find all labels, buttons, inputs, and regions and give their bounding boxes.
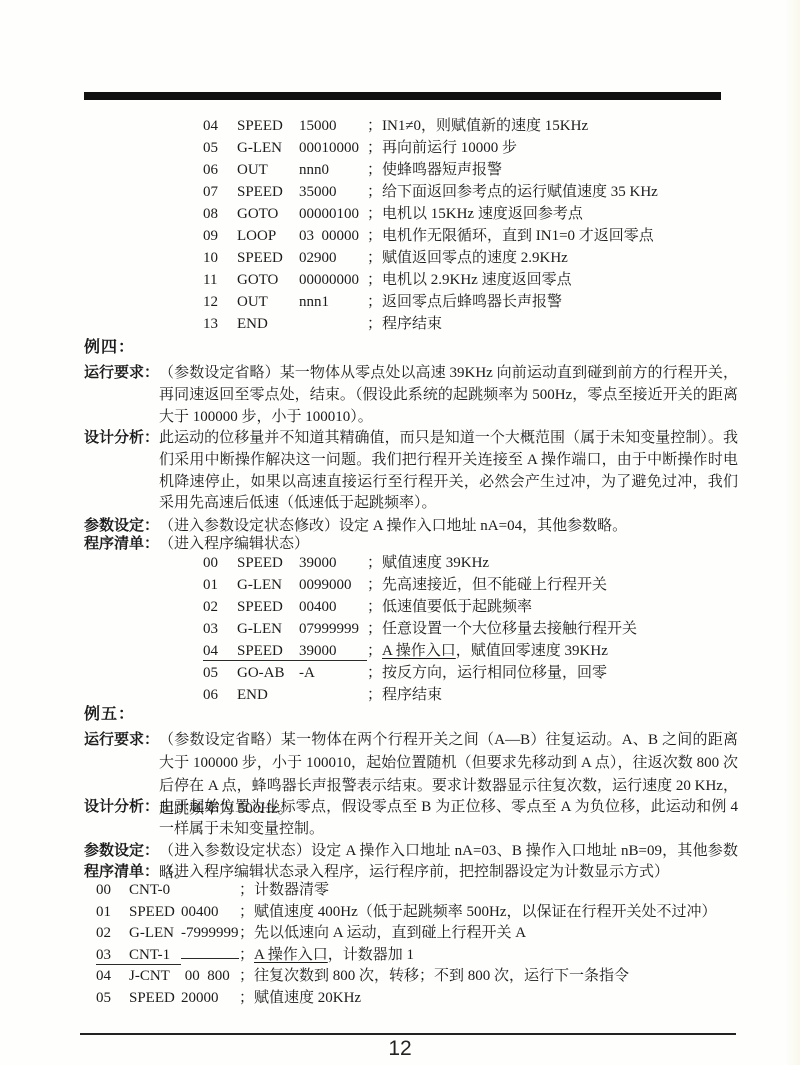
scanned-manual-page: 04SPEED15000；IN1≠0，则赋值新的速度 15KHz05G-LEN0… (0, 0, 800, 1065)
line-number: 01 (96, 904, 129, 921)
comment: ；任意设置一个大位移量去接触行程开关 (367, 617, 637, 638)
program-line-04: 04SPEED39000；A 操作入口，赋值回零速度 39KHz (203, 639, 637, 661)
operand: nnn0 (299, 162, 367, 179)
ex5-design-analysis-text: 由于起始位置为坐标零点，假设零点至 B 为正位移、零点至 A 为负位移，此运动和… (159, 796, 738, 840)
comment: ；电机以 15KHz 速度返回参考点 (367, 202, 583, 223)
line-number: 02 (203, 599, 237, 616)
operand: 00400 (181, 904, 239, 921)
opcode: END (237, 316, 299, 333)
opcode: G-LEN (237, 621, 299, 638)
program-line-01: 01G-LEN0099000；先高速接近，但不能碰上行程开关 (203, 573, 637, 595)
operand: -7999999 (181, 925, 239, 942)
program-line-05: 05G-LEN00010000；再向前运行 10000 步 (203, 136, 658, 158)
operand: 00000100 (299, 206, 367, 223)
opcode: G-LEN (237, 140, 299, 157)
program-line-07: 07SPEED35000；给下面返回参考点的运行赋值速度 35 KHz (203, 180, 658, 202)
line-number: 08 (203, 206, 237, 223)
comment: ；给下面返回参考点的运行赋值速度 35 KHz (367, 180, 658, 201)
program-line-05: 05GO-AB-A；按反方向，运行相同位移量，回零 (203, 661, 637, 683)
operand: 07999999 (299, 621, 367, 638)
ex4-run-requirements: 运行要求： （参数设定省略）某一物体从零点处以高速 39KHz 向前运动直到碰到… (84, 362, 738, 428)
underlined-comment-part: A 操作入口 (382, 643, 456, 659)
operand: 15000 (299, 118, 367, 135)
opcode: J-CNT (129, 968, 181, 985)
comment: ；赋值速度 20KHz (239, 986, 361, 1007)
comment: ；返回零点后蜂鸣器长声报警 (367, 290, 562, 311)
opcode: OUT (237, 162, 299, 179)
program-line-03: 03G-LEN07999999；任意设置一个大位移量去接触行程开关 (203, 617, 637, 639)
program-line-09: 09LOOP03 00000；电机作无限循环，直到 IN1=0 才返回零点 (203, 224, 658, 246)
operand: -A (299, 665, 367, 682)
line-number: 04 (96, 968, 129, 985)
comment: ；使蜂鸣器短声报警 (367, 158, 502, 179)
scan-edge-tint (784, 0, 800, 1065)
program-line-13: 13END；程序结束 (203, 312, 658, 334)
line-number: 13 (203, 316, 237, 333)
opcode: SPEED (237, 643, 299, 661)
program-line-01: 01SPEED00400；赋值速度 400Hz（低于起跳频率 500Hz，以保证… (96, 900, 716, 922)
ex5-design-analysis-label: 设计分析： (84, 796, 159, 818)
line-number: 06 (203, 687, 237, 704)
program-line-04: 04SPEED15000；IN1≠0，则赋值新的速度 15KHz (203, 114, 658, 136)
opcode: GOTO (237, 206, 299, 223)
opcode: G-LEN (237, 577, 299, 594)
comment: ；电机以 2.9KHz 速度返回零点 (367, 268, 572, 289)
program-line-00: 00SPEED39000；赋值速度 39KHz (203, 551, 637, 573)
operand: 02900 (299, 250, 367, 267)
program-line-02: 02SPEED00400；低速值要低于起跳频率 (203, 595, 637, 617)
comment: ；A 操作入口，赋值回零速度 39KHz (367, 639, 608, 660)
line-number: 05 (203, 665, 237, 682)
page-number: 12 (0, 1037, 800, 1061)
example5-heading: 例五： (84, 701, 135, 724)
line-number: 01 (203, 577, 237, 594)
opcode: OUT (237, 294, 299, 311)
opcode: SPEED (237, 555, 299, 572)
opcode: G-LEN (129, 925, 181, 942)
underlined-comment-part: A 操作入口 (254, 947, 328, 963)
ex5-run-requirements-label: 运行要求： (84, 729, 159, 752)
program-line-03: 03CNT-1；A 操作入口，计数器加 1 (96, 943, 716, 965)
operand: 00 800 (181, 968, 239, 985)
comment: ；先以低速向 A 运动，直到碰上行程开关 A (239, 921, 526, 942)
ex4-run-requirements-label: 运行要求： (84, 362, 159, 384)
ex4-run-requirements-text: （参数设定省略）某一物体从零点处以高速 39KHz 向前运动直到碰到前方的行程开… (159, 362, 738, 428)
program-line-06: 06OUTnnn0；使蜂鸣器短声报警 (203, 158, 658, 180)
operand: 00000000 (299, 272, 367, 289)
operand: 00010000 (299, 140, 367, 157)
comment: ；程序结束 (367, 312, 442, 333)
comment: ；IN1≠0，则赋值新的速度 15KHz (367, 114, 588, 135)
line-number: 02 (96, 925, 129, 942)
opcode: SPEED (129, 990, 181, 1007)
line-number: 03 (203, 621, 237, 638)
operand: 00400 (299, 599, 367, 616)
line-number: 06 (203, 162, 237, 179)
bottom-rule (80, 1033, 736, 1035)
ex4-program-list-label-text: 程序清单： (84, 533, 159, 555)
program-listing-example4: 00SPEED39000；赋值速度 39KHz01G-LEN0099000；先高… (203, 551, 637, 705)
program-listing-example5: 00CNT-0；计数器清零01SPEED00400；赋值速度 400Hz（低于起… (96, 878, 716, 1008)
line-number: 10 (203, 250, 237, 267)
program-line-05: 05SPEED20000；赋值速度 20KHz (96, 986, 716, 1008)
comment: ；再向前运行 10000 步 (367, 136, 517, 157)
operand: 20000 (181, 990, 239, 1007)
opcode: CNT-0 (129, 882, 181, 899)
operand: 0099000 (299, 577, 367, 594)
opcode: SPEED (237, 599, 299, 616)
operand (181, 958, 239, 959)
operand: 39000 (299, 555, 367, 572)
program-line-04: 04J-CNT 00 800；往复次数到 800 次，转移；不到 800 次，运… (96, 964, 716, 986)
ex5-parameter-setting-label: 参数设定： (84, 840, 159, 862)
comment: ；计数器清零 (239, 878, 329, 899)
program-line-00: 00CNT-0；计数器清零 (96, 878, 716, 900)
opcode: CNT-1 (129, 947, 181, 965)
line-number: 00 (96, 882, 129, 899)
program-listing-continued: 04SPEED15000；IN1≠0，则赋值新的速度 15KHz05G-LEN0… (203, 114, 658, 334)
line-number: 12 (203, 294, 237, 311)
top-rule (84, 92, 721, 100)
opcode: SPEED (237, 184, 299, 201)
opcode: SPEED (129, 904, 181, 921)
line-number: 04 (203, 643, 237, 661)
line-number: 11 (203, 272, 237, 289)
line-number: 05 (96, 990, 129, 1007)
ex5-design-analysis: 设计分析： 由于起始位置为坐标零点，假设零点至 B 为正位移、零点至 A 为负位… (84, 796, 738, 840)
program-line-08: 08GOTO00000100；电机以 15KHz 速度返回参考点 (203, 202, 658, 224)
opcode: LOOP (237, 228, 299, 245)
opcode: GO-AB (237, 665, 299, 682)
program-line-10: 10SPEED02900；赋值返回零点的速度 2.9KHz (203, 246, 658, 268)
line-number: 04 (203, 118, 237, 135)
opcode: END (237, 687, 299, 704)
program-line-02: 02G-LEN-7999999；先以低速向 A 运动，直到碰上行程开关 A (96, 921, 716, 943)
comment: ；赋值速度 400Hz（低于起跳频率 500Hz，以保证在行程开关处不过冲） (239, 900, 716, 921)
comment: ；赋值返回零点的速度 2.9KHz (367, 246, 568, 267)
line-number: 05 (203, 140, 237, 157)
example4-heading: 例四： (84, 334, 135, 357)
operand: 03 00000 (299, 228, 367, 245)
comment: ；低速值要低于起跳频率 (367, 595, 532, 616)
comment: ；赋值速度 39KHz (367, 551, 489, 572)
comment: ；先高速接近，但不能碰上行程开关 (367, 573, 607, 594)
line-number: 09 (203, 228, 237, 245)
comment: ；电机作无限循环，直到 IN1=0 才返回零点 (367, 224, 654, 245)
comment: ；按反方向，运行相同位移量，回零 (367, 661, 607, 682)
line-number: 00 (203, 555, 237, 572)
line-number: 03 (96, 947, 129, 965)
operand: 39000 (299, 643, 367, 661)
ex4-design-analysis-label: 设计分析： (84, 428, 159, 450)
ex4-design-analysis: 设计分析： 此运动的位移量并不知道其精确值，而只是知道一个大概范围（属于未知变量… (84, 428, 738, 515)
opcode: SPEED (237, 118, 299, 135)
program-line-12: 12OUTnnn1；返回零点后蜂鸣器长声报警 (203, 290, 658, 312)
program-line-11: 11GOTO00000000；电机以 2.9KHz 速度返回零点 (203, 268, 658, 290)
comment: ；A 操作入口，计数器加 1 (239, 943, 414, 964)
comment: ；往复次数到 800 次，转移；不到 800 次，运行下一条指令 (239, 964, 629, 985)
opcode: SPEED (237, 250, 299, 267)
opcode: GOTO (237, 272, 299, 289)
ex4-design-analysis-text: 此运动的位移量并不知道其精确值，而只是知道一个大概范围（属于未知变量控制）。我们… (159, 428, 738, 515)
operand: 35000 (299, 184, 367, 201)
line-number: 07 (203, 184, 237, 201)
comment: ；程序结束 (367, 683, 442, 704)
operand: nnn1 (299, 294, 367, 311)
program-line-06: 06END；程序结束 (203, 683, 637, 705)
